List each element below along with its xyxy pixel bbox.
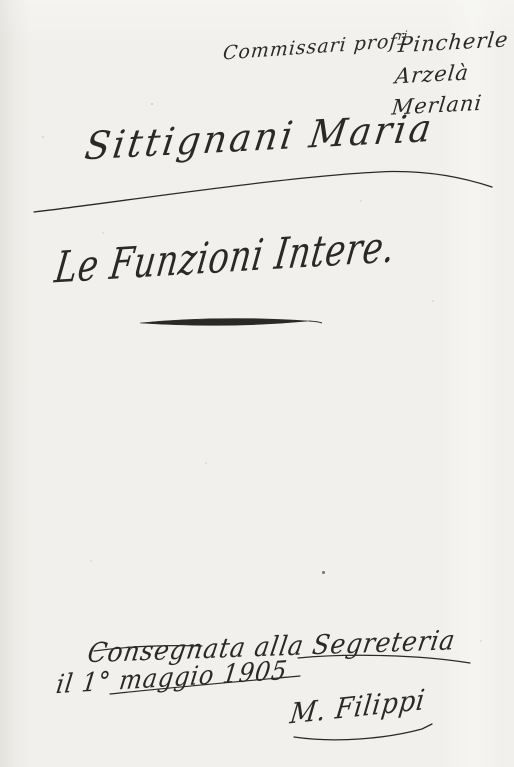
paper-speck bbox=[322, 571, 325, 574]
commission-label-text: Commissari prof bbox=[222, 30, 398, 64]
commissioner-name: Pincherle bbox=[397, 24, 510, 61]
manuscript-title-page: Commissari profri Pincherle Arzelà Merla… bbox=[0, 0, 514, 767]
title-underline-flourish bbox=[140, 319, 309, 326]
paper-speck bbox=[42, 136, 44, 138]
title-underline-tail bbox=[309, 321, 322, 323]
author-underline-flourish bbox=[34, 171, 492, 212]
thesis-title: Le Funzioni Intere. bbox=[52, 226, 397, 290]
paper-speck bbox=[360, 200, 362, 202]
paper-speck bbox=[102, 232, 104, 234]
paper-speck bbox=[151, 103, 153, 105]
commission-label: Commissari profri bbox=[222, 29, 408, 63]
paper-speck bbox=[432, 300, 434, 302]
paper-speck bbox=[90, 560, 92, 562]
clerk-signature: M. Filippi bbox=[288, 686, 427, 729]
author-name: Sittignani Maria bbox=[83, 109, 437, 166]
paper-speck bbox=[480, 640, 482, 642]
paper-speck bbox=[205, 462, 207, 464]
